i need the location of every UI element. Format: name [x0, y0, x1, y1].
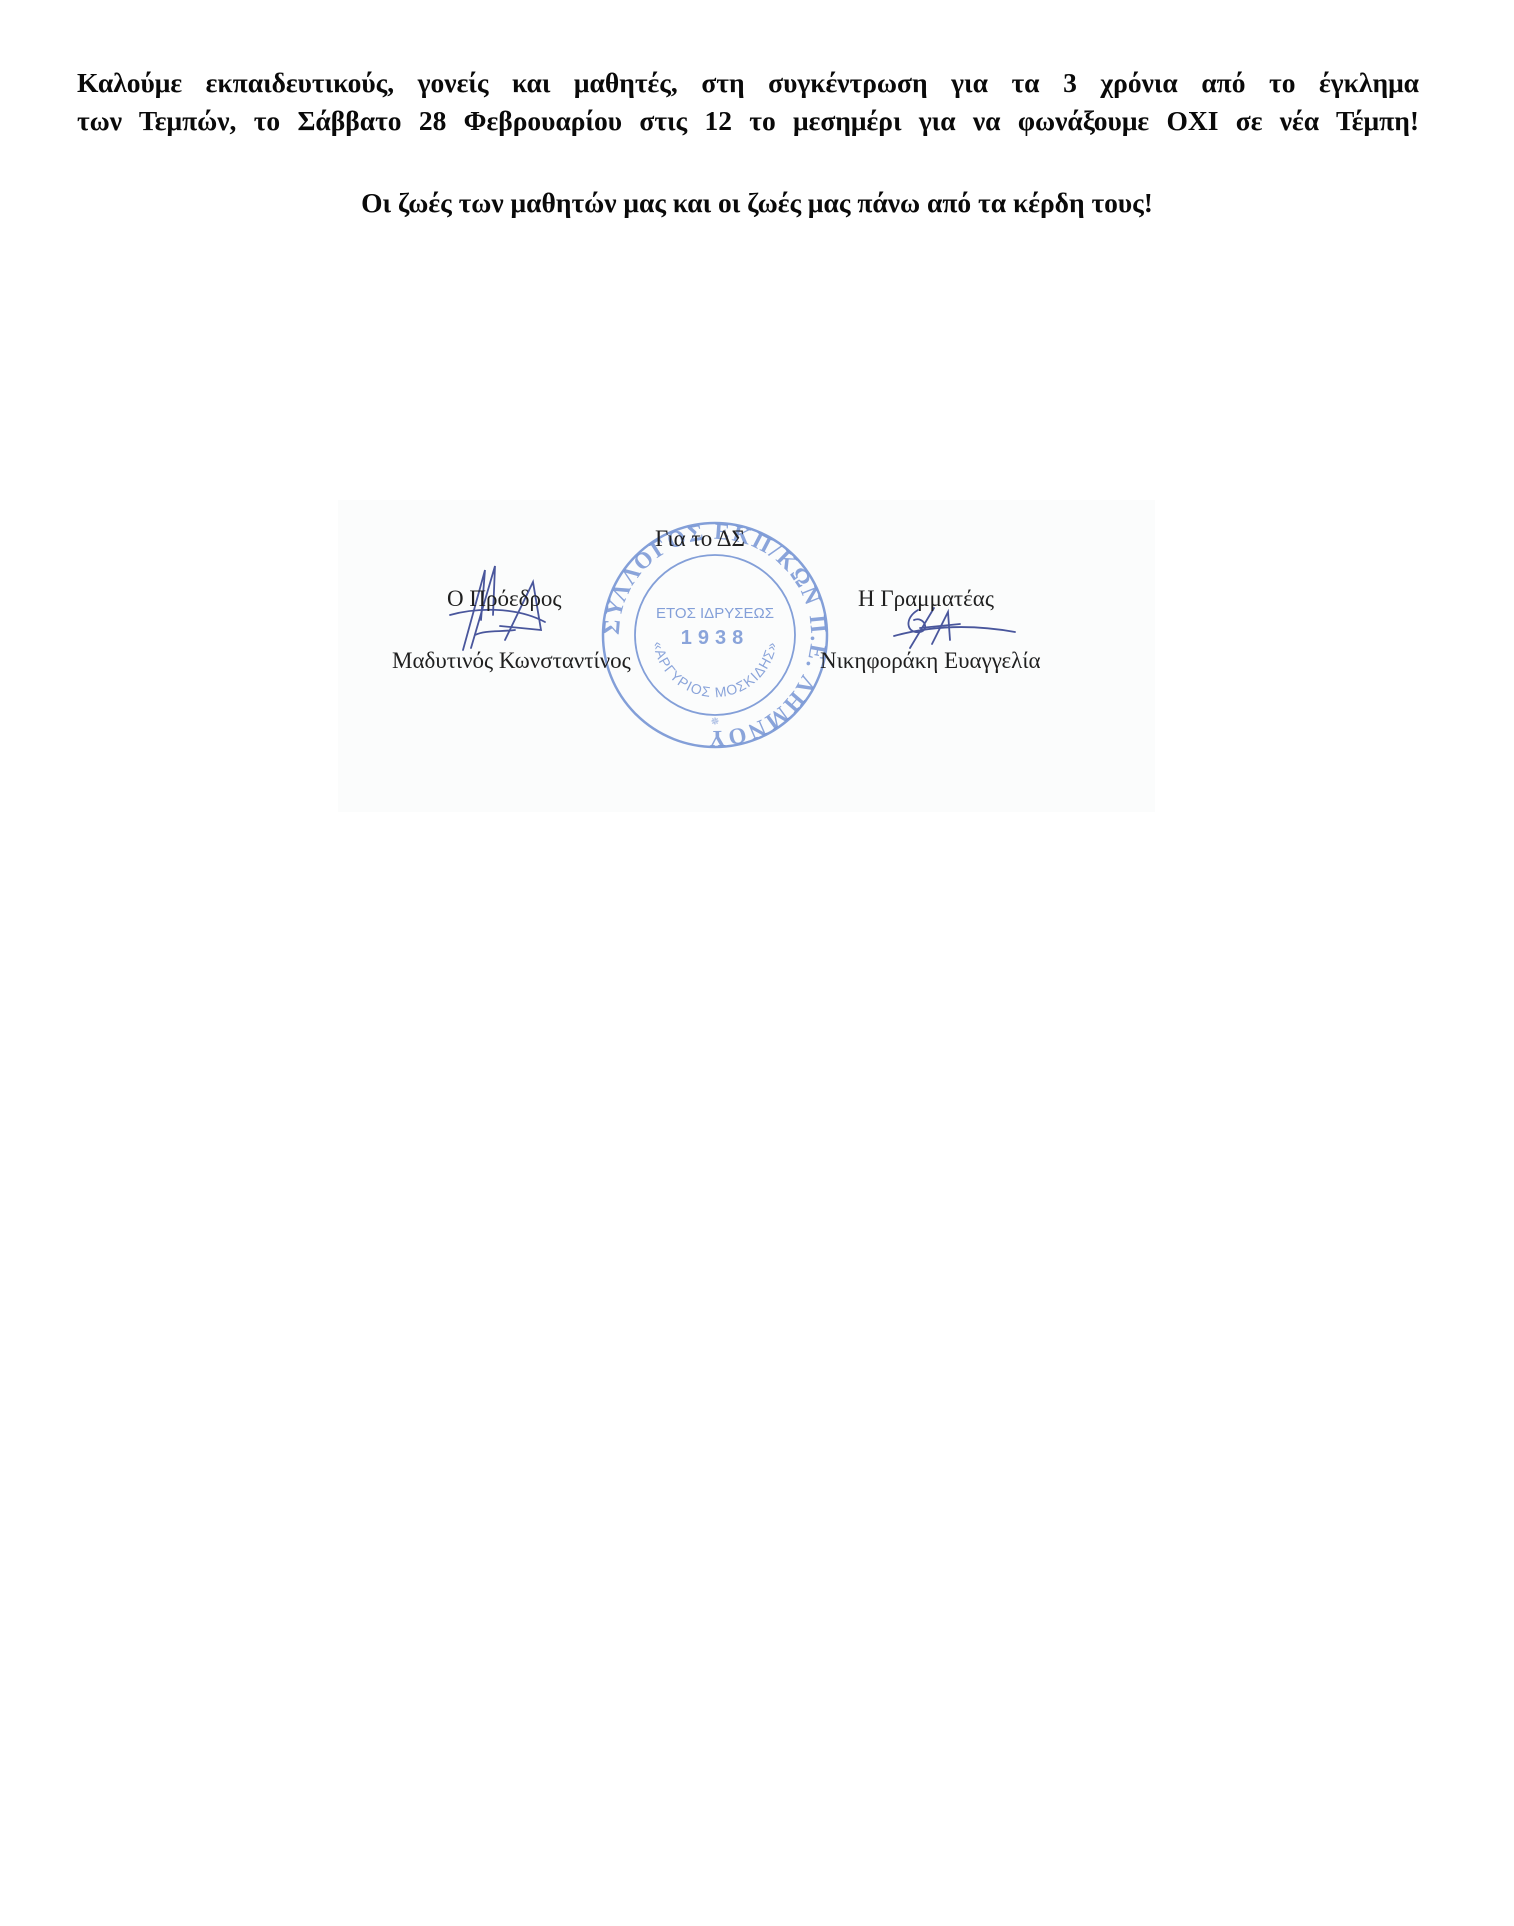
secretary-title: Η Γραμματέας — [858, 586, 994, 612]
organization-stamp-icon: ΣΥΛΛΟΓΟΣ ΕΚΠ/ΚΩΝ Π.Ε. ΛΗΜΝΟΥ ΕΤΟΣ ΙΔΡΥΣΕ… — [600, 520, 830, 750]
call-to-rally-paragraph: Καλούμε εκπαιδευτικούς, γονείς και μαθητ… — [77, 64, 1419, 140]
svg-text:ΕΤΟΣ ΙΔΡΥΣΕΩΣ: ΕΤΟΣ ΙΔΡΥΣΕΩΣ — [656, 605, 774, 622]
president-title: Ο Πρόεδρος — [447, 586, 562, 612]
slogan: Οι ζωές των μαθητών μας και οι ζωές μας … — [0, 184, 1514, 222]
president-name: Μαδυτινός Κωνσταντίνος — [392, 648, 631, 674]
secretary-name: Νικηφοράκη Ευαγγελία — [820, 648, 1041, 674]
call-line-2: των Τεμπών, το Σάββατο 28 Φεβρουαρίου στ… — [77, 102, 1419, 140]
svg-text:✵: ✵ — [710, 716, 719, 728]
svg-text:«ΑΡΓΥΡΙΟΣ ΜΟΣΚΙΔΗΣ»: «ΑΡΓΥΡΙΟΣ ΜΟΣΚΙΔΗΣ» — [650, 640, 779, 700]
svg-text:1938: 1938 — [681, 627, 750, 649]
call-line-1: Καλούμε εκπαιδευτικούς, γονείς και μαθητ… — [77, 64, 1419, 102]
for-board-label: Για το ΔΣ — [655, 526, 745, 552]
